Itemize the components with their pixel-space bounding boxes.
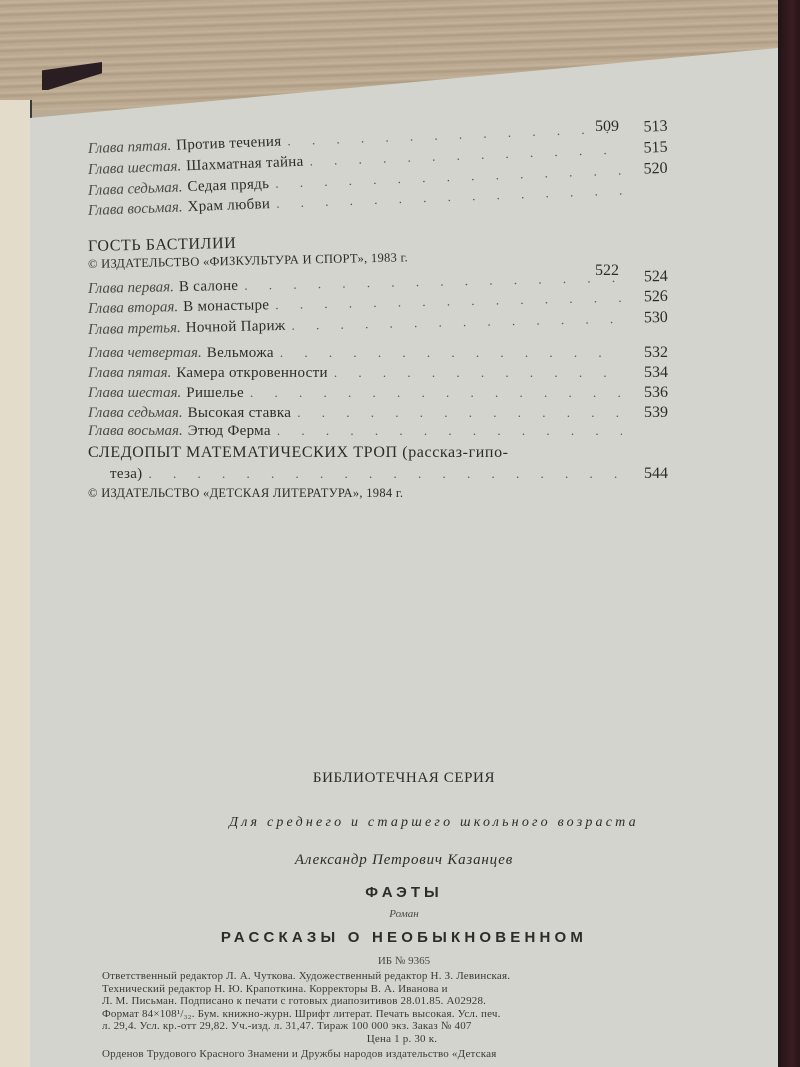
imprint-line: Ответственный редактор Л. А. Чуткова. Ху… — [102, 970, 702, 983]
chapter-label: Глава шестая. — [88, 158, 182, 179]
chapter-label: Глава восьмая. — [88, 199, 183, 220]
toc-entry: Глава восьмая. Этюд Ферма . . . . . . . … — [88, 423, 668, 443]
dot-leader: . . . . . . . . . . . . . . . . . . . . … — [280, 345, 622, 361]
page-number: 524 — [628, 268, 668, 287]
imprint-line: Технический редактор Н. Ю. Крапоткина. К… — [102, 983, 702, 996]
toc-entry: Глава четвертая. Вельможа . . . . . . . … — [88, 344, 668, 364]
page-number: 532 — [628, 344, 668, 362]
chapter-label: Глава вторая. — [88, 299, 179, 318]
dot-leader: . . . . . . . . . . . . . . . . . . . . … — [334, 365, 622, 381]
price: Цена 1 р. 30 к. — [102, 1033, 702, 1046]
chapter-title: Храм любви — [187, 196, 270, 216]
genre-label: Роман — [30, 908, 778, 920]
toc-entry: теза) . . . . . . . . . . . . . . . . . … — [110, 465, 668, 485]
page-number: 515 — [627, 139, 668, 159]
chapter-title: Этюд Ферма — [188, 423, 271, 440]
chapter-label: Глава первая. — [88, 279, 174, 298]
section-title-continuation: теза) — [110, 466, 142, 483]
dot-leader: . . . . . . . . . . . . . . . . . . . . … — [277, 423, 622, 439]
audience-line: Для среднего и старшего школьного возрас… — [60, 815, 800, 831]
dot-leader: . . . . . . . . . . . . . . . . . . . . … — [250, 385, 622, 401]
author-name: Александр Петрович Казанцев — [30, 852, 778, 869]
chapter-title: Шахматная тайна — [186, 154, 304, 175]
page-number: 526 — [628, 288, 668, 307]
dot-leader: . . . . . . . . . . . . . . . . . . . . … — [148, 466, 622, 482]
chapter-title: Против течения — [176, 134, 282, 155]
page-number: 544 — [628, 465, 668, 483]
imprint-block: Ответственный редактор Л. А. Чуткова. Ху… — [102, 970, 702, 1061]
page-number: 536 — [628, 384, 668, 402]
section-title: СЛЕДОПЫТ МАТЕМАТИЧЕСКИХ ТРОП (рассказ-ги… — [88, 444, 648, 462]
page-number — [628, 193, 668, 195]
chapter-label: Глава шестая. — [88, 385, 181, 402]
chapter-label: Глава четвертая. — [88, 345, 202, 362]
imprint-line: л. 29,4. Усл. кр.-отт 29,82. Уч.-изд. л.… — [102, 1020, 702, 1033]
chapter-label: Глава седьмая. — [88, 179, 183, 200]
page-number: 534 — [628, 364, 668, 382]
book-page: 509 Глава пятая. Против течения . . . . … — [30, 48, 778, 1067]
chapter-title: В салоне — [179, 278, 239, 296]
ib-number: ИБ № 9365 — [30, 955, 778, 967]
chapter-title: Ришелье — [186, 385, 244, 402]
chapter-label: Глава пятая. — [88, 138, 172, 158]
page-number: 520 — [627, 160, 668, 180]
page-number: 513 — [627, 118, 668, 138]
previous-page-edge — [0, 100, 32, 1067]
toc-entry: Глава шестая. Ришелье . . . . . . . . . … — [88, 384, 668, 404]
chapter-label: Глава пятая. — [88, 365, 171, 382]
book-cover-spine — [778, 0, 800, 1067]
section-title: ГОСТЬ БАСТИЛИИ — [88, 235, 237, 256]
chapter-title: Вельможа — [207, 345, 274, 362]
toc-entry: Глава седьмая. Высокая ставка . . . . . … — [88, 404, 668, 424]
chapter-title: Ночной Париж — [186, 318, 286, 337]
imprint-line: Л. М. Письман. Подписано к печати с гото… — [102, 995, 702, 1008]
page-number: 539 — [628, 404, 668, 422]
chapter-title: В монастыре — [183, 297, 270, 316]
chapter-label: Глава восьмая. — [88, 423, 183, 440]
dot-leader: . . . . . . . . . . . . . . . . . . . . … — [297, 405, 622, 421]
series-name: БИБЛИОТЕЧНАЯ СЕРИЯ — [30, 770, 778, 787]
chapter-title: Камера откровенности — [176, 365, 328, 382]
book-title: ФАЭТЫ — [30, 884, 778, 901]
chapter-label: Глава седьмая. — [88, 405, 183, 422]
book-title-secondary: РАССКАЗЫ О НЕОБЫКНОВЕННОМ — [30, 929, 778, 946]
imprint-line: Формат 84×108¹/₃₂. Бум. книжно-журн. Шри… — [102, 1008, 702, 1021]
chapter-label: Глава третья. — [88, 320, 181, 339]
toc-entry: Глава пятая. Камера откровенности . . . … — [88, 364, 668, 384]
chapter-title: Седая прядь — [187, 176, 269, 196]
publisher-line: Орденов Трудового Красного Знамени и Дру… — [102, 1048, 702, 1061]
page-number: 530 — [628, 309, 668, 328]
copyright-notice: © ИЗДАТЕЛЬСТВО «ДЕТСКАЯ ЛИТЕРАТУРА», 198… — [88, 486, 403, 501]
chapter-title: Высокая ставка — [188, 405, 292, 422]
